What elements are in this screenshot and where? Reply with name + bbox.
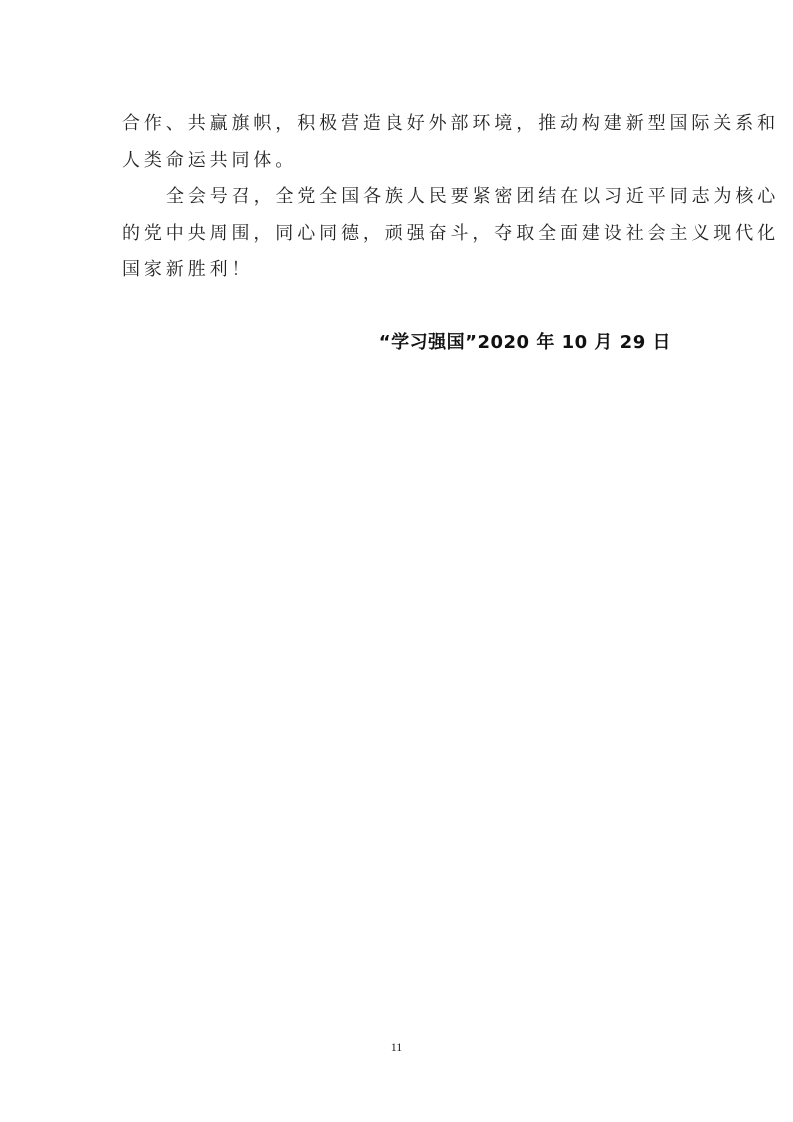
paragraph-2-line-3: 国家新胜利！ — [122, 252, 672, 289]
document-page: 合作、共赢旗帜，积极营造良好外部环境，推动构建新型国际关系和 人类命运共同体。 … — [0, 0, 793, 1122]
paragraph-2-line-2: 的党中央周围，同心同德，顽强奋斗，夺取全面建设社会主义现代化 — [122, 216, 672, 253]
paragraph-2-line-1: 全会号召，全党全国各族人民要紧密团结在以习近平同志为核心 — [122, 179, 672, 216]
signature-date: “学习强国”2020 年 10 月 29 日 — [379, 328, 671, 354]
body-text: 合作、共赢旗帜，积极营造良好外部环境，推动构建新型国际关系和 人类命运共同体。 … — [122, 106, 672, 289]
page-number: 11 — [0, 1040, 793, 1055]
paragraph-1-line-1: 合作、共赢旗帜，积极营造良好外部环境，推动构建新型国际关系和 — [122, 106, 672, 143]
paragraph-1-line-2: 人类命运共同体。 — [122, 143, 672, 180]
